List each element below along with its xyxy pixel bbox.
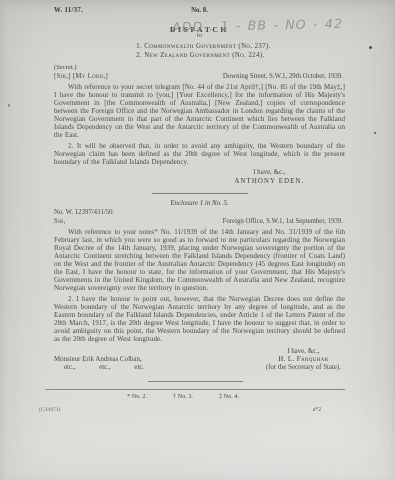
signatory-note: (for the Secretary of State). xyxy=(266,364,341,372)
dispatch-paragraph-1: With reference to your secret telegram [… xyxy=(54,83,345,139)
footnote-3: ‡ No. 4. xyxy=(219,393,239,400)
printer-code: (C34971) xyxy=(39,407,60,413)
page-footer: * No. 2. † No. 3. ‡ No. 4. (C34971) a*2 xyxy=(45,381,345,413)
signature-anthony-eden: ANTHONY EDEN. xyxy=(214,178,325,187)
dateline-downing-street: Downing Street, S.W.1, 29th October, 193… xyxy=(223,73,345,82)
enclosure-signature-block: I have, &c., H. L. Farquhar (for the Sec… xyxy=(266,348,341,373)
enclosure-reference: No. W. 12397/431/50. xyxy=(54,209,345,216)
dispatch-paragraph-2: 2. It will be observed that, in order to… xyxy=(54,142,345,166)
recipient-list: 1. Commonwealth Government (No. 237). 2.… xyxy=(136,43,271,60)
enclosure-heading: Enclosure 1 in No. 5. xyxy=(54,200,345,207)
footnote-1: * No. 2. xyxy=(127,393,147,400)
footnote-references: * No. 2. † No. 3. ‡ No. 4. xyxy=(33,393,333,400)
signature-farquhar: H. L. Farquhar xyxy=(266,356,341,364)
addressee-etc: etc., etc., etc. xyxy=(54,364,144,372)
footnote-2: † No. 3. xyxy=(173,393,193,400)
enclosure-salutation: Sir, xyxy=(54,218,66,227)
enclosure-paragraph-2: 2. I have the honour to point out, howev… xyxy=(54,295,345,343)
enclosure-valediction: I have, &c., xyxy=(266,348,341,356)
document-number: No. 8. xyxy=(191,7,208,14)
section-divider xyxy=(152,193,248,194)
footer-divider-long xyxy=(45,389,345,390)
salutation: [Sir,] [My Lord,] xyxy=(54,73,108,82)
classification-label: (Secret.) xyxy=(54,64,345,71)
recipient-commonwealth-government: 1. Commonwealth Government (No. 237). xyxy=(136,43,271,52)
footer-divider-short xyxy=(148,381,243,382)
scanned-dispatch-page: W. 11/37. No. 8. DISPATCH ADD-. 1 - BB -… xyxy=(0,0,395,480)
enclosure-paragraph-1: With reference to your notes* No. 11/193… xyxy=(54,228,345,292)
valediction: I have, &c., xyxy=(214,169,325,178)
scan-artifact-dot xyxy=(374,132,376,134)
printers-signature-mark: a*2 xyxy=(313,407,321,413)
scan-artifact-dot xyxy=(8,104,10,107)
addressee-name: Monsieur Erik Andreas Colban, xyxy=(54,356,144,364)
file-reference: W. 11/37. xyxy=(54,7,83,14)
recipient-new-zealand-government: 2. New Zealand Government (No. 224). xyxy=(136,52,271,61)
dateline-foreign-office: Foreign Office, S.W.1, 1st September, 19… xyxy=(223,218,345,227)
handwritten-annotation: ADD-. 1 - BB - NO - 42 xyxy=(172,14,395,34)
scan-artifact-dot xyxy=(369,46,372,49)
addressee-block: Monsieur Erik Andreas Colban, etc., etc.… xyxy=(54,356,144,373)
